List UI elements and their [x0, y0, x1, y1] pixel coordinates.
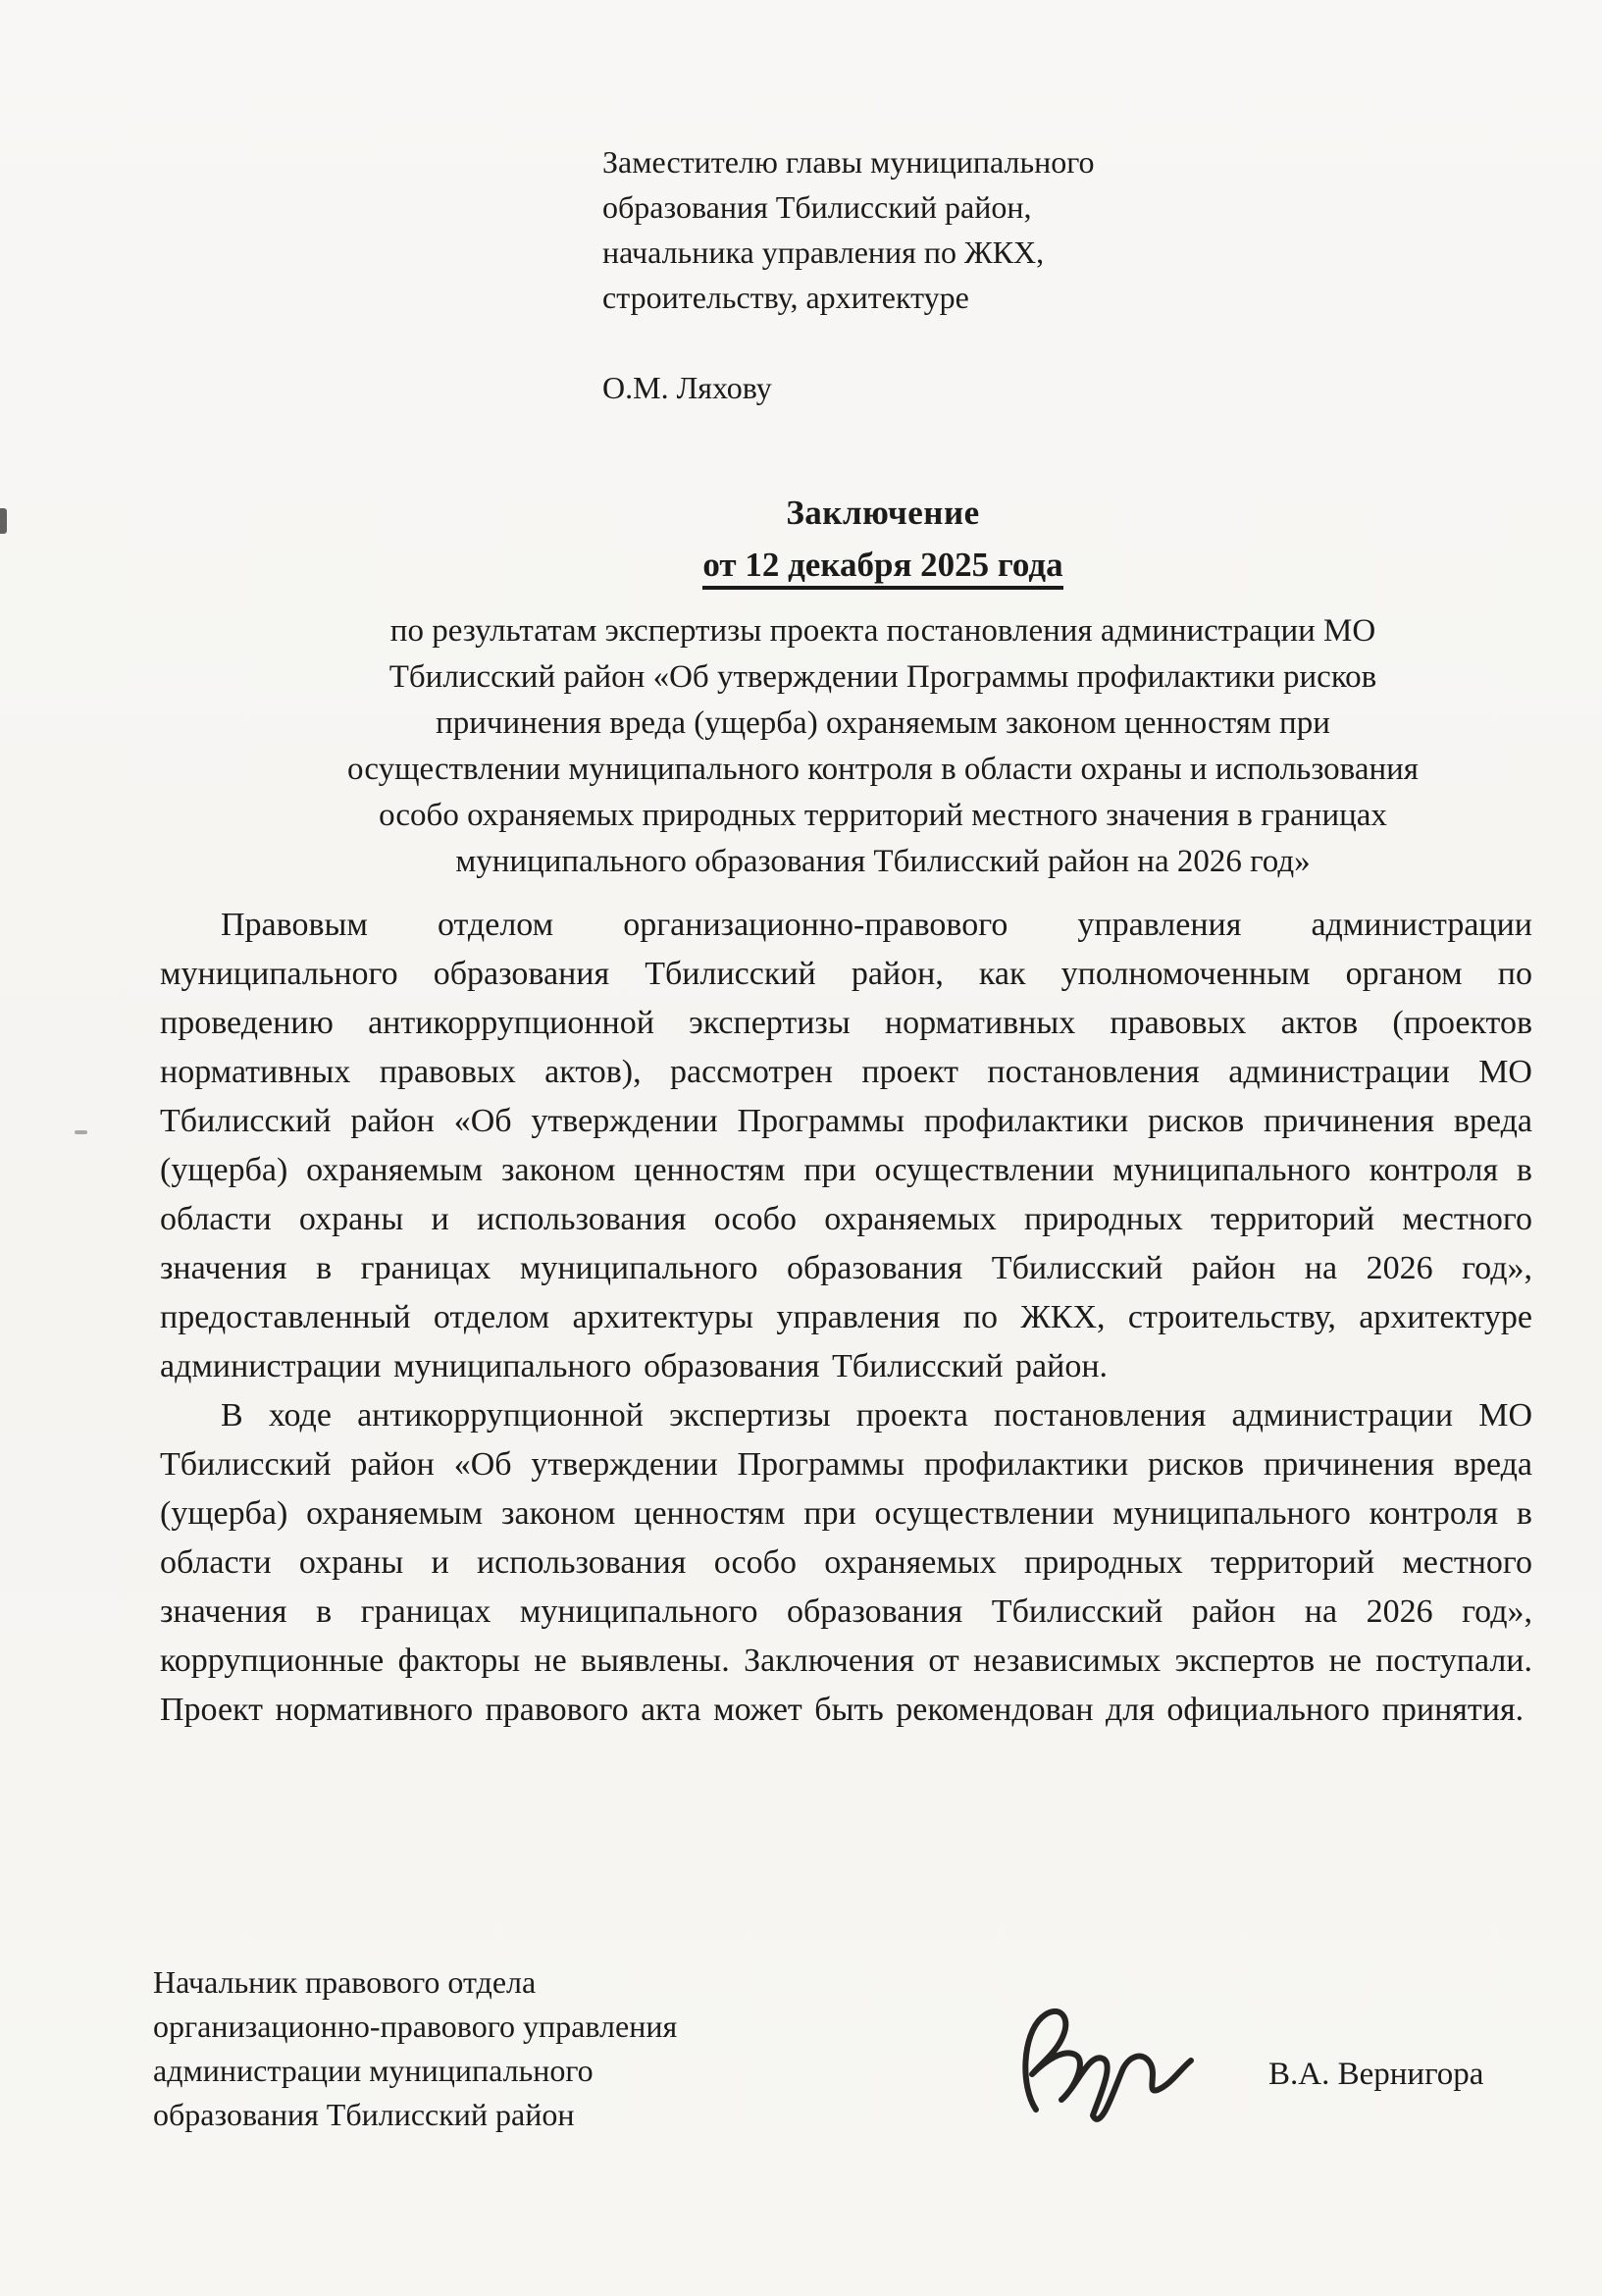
signatory-position-line: администрации муниципального — [153, 2049, 840, 2093]
subtitle-line: Тбилисский район «Об утверждении Програм… — [177, 654, 1589, 701]
body-paragraph: В ходе антикоррупционной экспертизы прое… — [160, 1391, 1532, 1735]
document-title: Заключение — [177, 494, 1589, 533]
subtitle-line: причинения вреда (ущерба) охраняемым зак… — [177, 701, 1589, 747]
addressee-line: образования Тбилисский район, — [602, 184, 1122, 230]
document-subtitle: по результатам экспертизы проекта постан… — [177, 608, 1589, 885]
document-date-line: от 12 декабря 2025 года — [177, 546, 1589, 585]
scan-artifact — [0, 508, 7, 534]
handwritten-signature-icon — [1003, 1992, 1209, 2139]
signatory-position-block: Начальник правового отдела организационн… — [153, 1960, 840, 2137]
scan-artifact — [75, 1130, 87, 1134]
signatory-position-line: Начальник правового отдела — [153, 1960, 840, 2005]
addressee-name: О.М. Ляхову — [602, 365, 1122, 410]
addressee-block: Заместителю главы муниципального образов… — [602, 139, 1122, 410]
addressee-line: Заместителю главы муниципального — [602, 139, 1122, 184]
subtitle-line: по результатам экспертизы проекта постан… — [177, 608, 1589, 654]
body-paragraph: Правовым отделом организационно-правовог… — [160, 901, 1532, 1391]
addressee-line: начальника управления по ЖКХ, — [602, 230, 1122, 275]
subtitle-line: особо охраняемых природных территорий ме… — [177, 793, 1589, 839]
addressee-line: строительству, архитектуре — [602, 275, 1122, 320]
signatory-name: В.А. Вернигора — [1268, 2057, 1483, 2093]
document-body: Правовым отделом организационно-правовог… — [160, 901, 1532, 1735]
signatory-position-line: образования Тбилисский район — [153, 2093, 840, 2137]
subtitle-line: осуществлении муниципального контроля в … — [177, 747, 1589, 793]
scanned-document-page: Заместителю главы муниципального образов… — [0, 0, 1602, 2296]
signatory-position-line: организационно-правового управления — [153, 2005, 840, 2049]
subtitle-line: муниципального образования Тбилисский ра… — [177, 839, 1589, 885]
document-date-underlined-text: от 12 декабря 2025 года — [702, 546, 1062, 590]
